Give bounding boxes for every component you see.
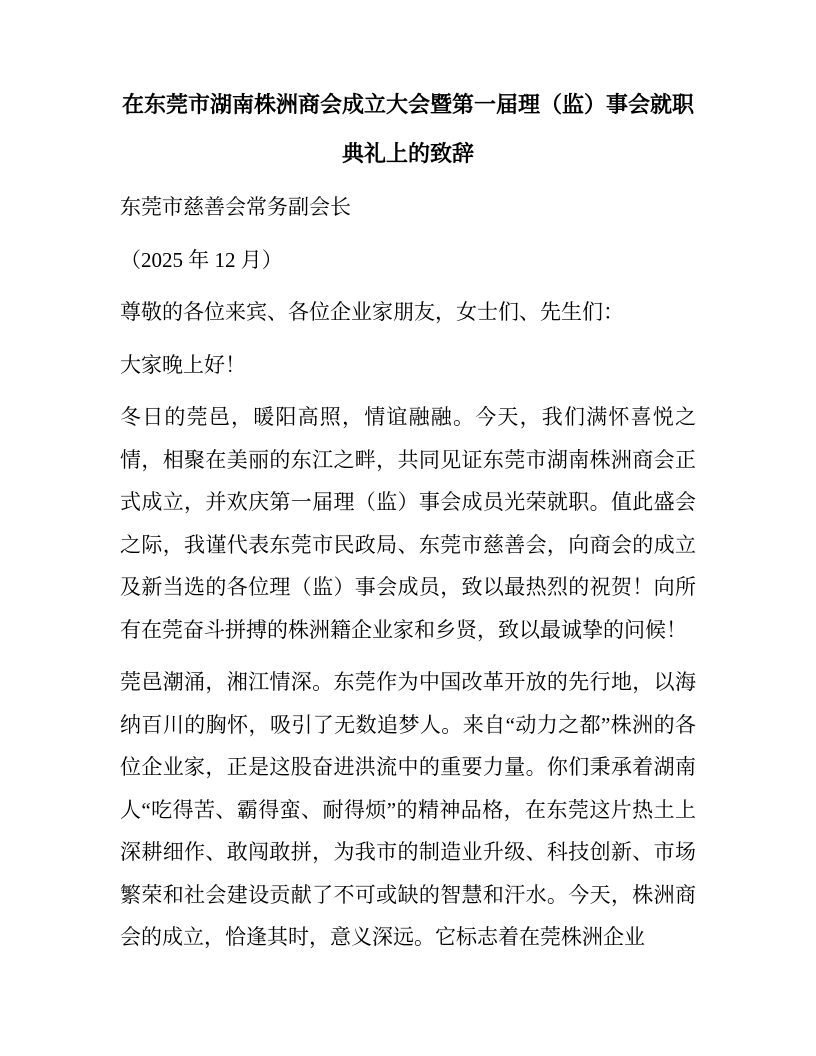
greeting-line: 大家晚上好！ (120, 344, 696, 387)
body-paragraph-1: 冬日的莞邑，暖阳高照，情谊融融。今天，我们满怀喜悦之情，相聚在美丽的东江之畔，共… (120, 396, 696, 651)
body-paragraph-2: 莞邑潮涌，湘江情深。东莞作为中国改革开放的先行地，以海纳百川的胸怀，吸引了无数追… (120, 661, 696, 959)
salutation-line: 尊敬的各位来宾、各位企业家朋友，女士们、先生们： (120, 291, 696, 334)
document-title: 在东莞市湖南株洲商会成立大会暨第一届理（监）事会就职 典礼上的致辞 (120, 80, 696, 178)
document-page: 在东莞市湖南株洲商会成立大会暨第一届理（监）事会就职 典礼上的致辞 东莞市慈善会… (0, 0, 816, 1056)
document-title-line-2: 典礼上的致辞 (120, 129, 696, 178)
author-title-line: 东莞市慈善会常务副会长 (120, 186, 696, 229)
document-title-line-1: 在东莞市湖南株洲商会成立大会暨第一届理（监）事会就职 (120, 80, 696, 129)
date-line: （2025 年 12 月） (120, 239, 696, 282)
